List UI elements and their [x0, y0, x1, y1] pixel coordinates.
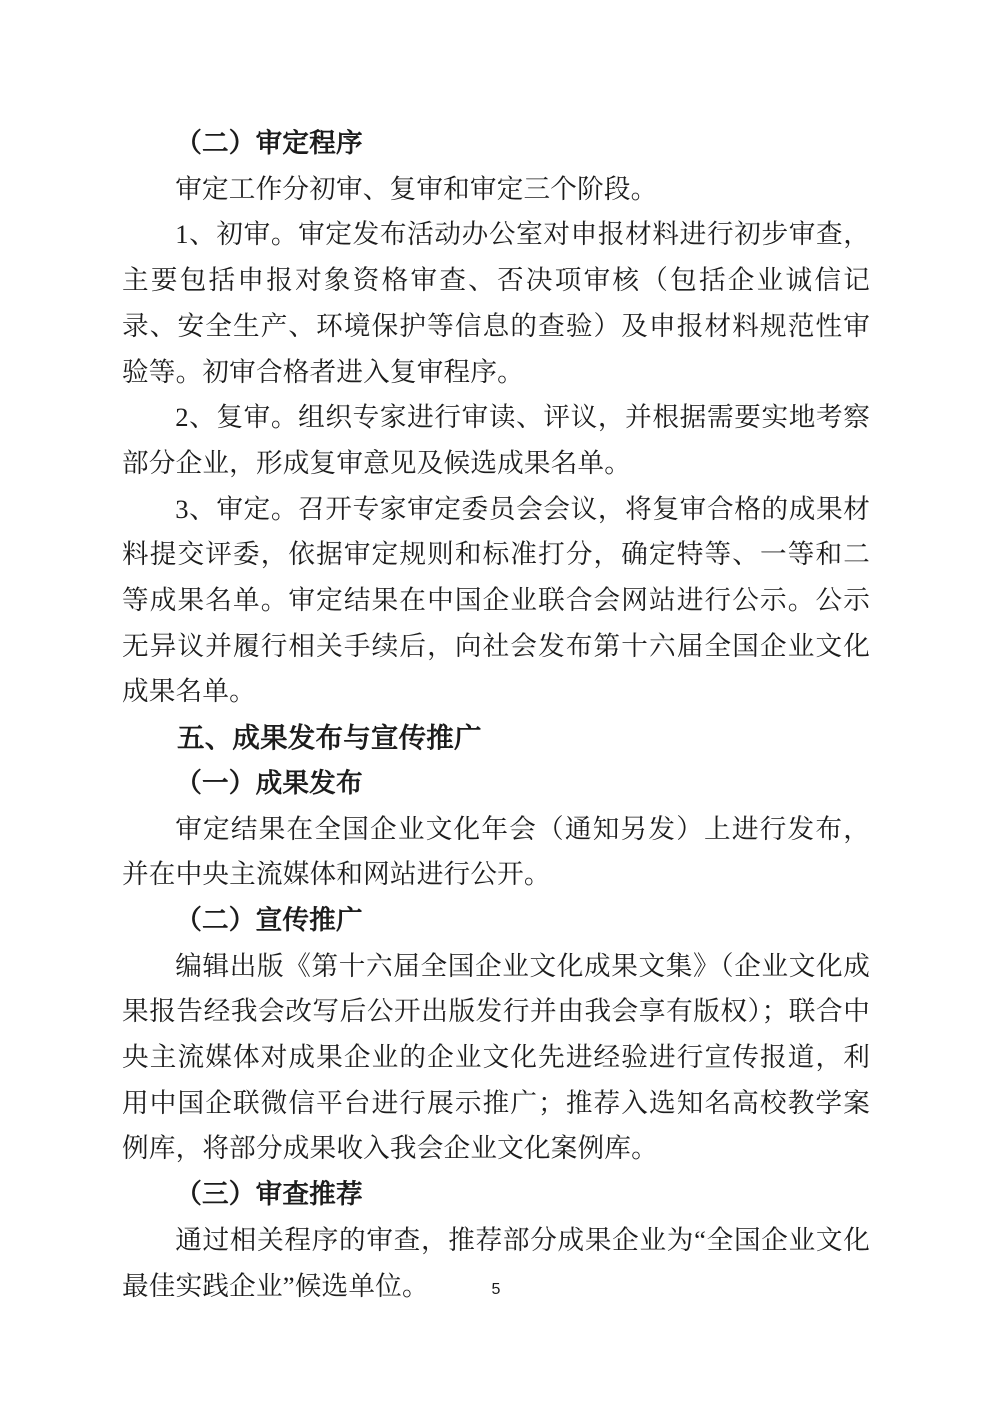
- section-heading-shending-chengxu: （二）审定程序: [122, 121, 870, 167]
- section-heading-chengguo-fabu: （一）成果发布: [122, 761, 870, 807]
- section-heading-shencha-tuijian: （三）审查推荐: [122, 1172, 870, 1218]
- document-body: （二）审定程序 审定工作分初审、复审和审定三个阶段。 1、初审。审定发布活动办公…: [122, 121, 870, 1309]
- page-number: 5: [0, 1278, 992, 1302]
- paragraph-item-3-shending: 3、审定。召开专家审定委员会会议，将复审合格的成果材料提交评委，依据审定规则和标…: [122, 487, 870, 716]
- chapter-heading-chengguo-fabu-xuanchuan: 五、成果发布与宣传推广: [122, 715, 870, 761]
- paragraph-item-1-chushen: 1、初审。审定发布活动办公室对申报材料进行初步审查，主要包括申报对象资格审查、否…: [122, 212, 870, 395]
- paragraph-xuanchuan-tuiguang-body: 编辑出版《第十六届全国企业文化成果文集》（企业文化成果报告经我会改写后公开出版发…: [122, 944, 870, 1173]
- paragraph-item-2-fushen: 2、复审。组织专家进行审读、评议，并根据需要实地考察部分企业，形成复审意见及候选…: [122, 395, 870, 486]
- document-page: （二）审定程序 审定工作分初审、复审和审定三个阶段。 1、初审。审定发布活动办公…: [0, 0, 992, 1403]
- paragraph-chengguo-fabu-body: 审定结果在全国企业文化年会（通知另发）上进行发布，并在中央主流媒体和网站进行公开…: [122, 807, 870, 898]
- section-heading-xuanchuan-tuiguang: （二）宣传推广: [122, 898, 870, 944]
- paragraph-stages-overview: 审定工作分初审、复审和审定三个阶段。: [122, 167, 870, 213]
